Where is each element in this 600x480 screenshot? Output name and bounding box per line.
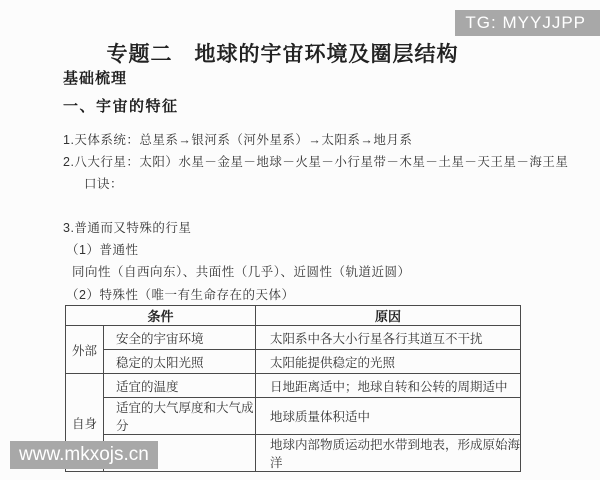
ordinary-subheading: （1）普通性 bbox=[66, 240, 138, 258]
condition-cell: 稳定的太阳光照 bbox=[104, 350, 256, 374]
reason-cell: 太阳系中各大小行星各行其道互不干扰 bbox=[256, 326, 521, 350]
group-label-external: 外部 bbox=[66, 326, 104, 374]
table-header-row: 条件 原因 bbox=[66, 306, 521, 326]
page-title: 专题二 地球的宇宙环境及圈层结构 bbox=[0, 38, 565, 68]
table-row: 外部 安全的宇宙环境 太阳系中各大小行星各行其道互不干扰 bbox=[66, 326, 521, 350]
document-page: TG: MYYJJPP 专题二 地球的宇宙环境及圈层结构 基础梳理 一、宇宙的特… bbox=[0, 0, 600, 480]
special-subheading: （2）特殊性（唯一有生命存在的天体） bbox=[66, 285, 294, 303]
condition-cell: 适宜的大气厚度和大气成分 bbox=[104, 398, 256, 435]
tg-watermark-badge: TG: MYYJJPP bbox=[455, 10, 600, 36]
basics-heading: 基础梳理 bbox=[63, 67, 127, 88]
ordinary-special-heading: 3.普通而又特殊的行星 bbox=[63, 218, 191, 236]
reason-cell: 日地距离适中；地球自转和公转的周期适中 bbox=[256, 374, 521, 398]
mnemonic-line: 口诀： bbox=[84, 174, 123, 192]
table-row: 稳定的太阳光照 太阳能提供稳定的光照 bbox=[66, 350, 521, 374]
reason-header: 原因 bbox=[256, 306, 521, 326]
condition-header: 条件 bbox=[66, 306, 256, 326]
site-watermark-badge: www.mkxojs.cn bbox=[10, 441, 158, 469]
section-1-heading: 一、宇宙的特征 bbox=[63, 95, 179, 116]
reason-cell: 地球内部物质运动把水带到地表，形成原始海洋 bbox=[256, 435, 521, 472]
ordinary-detail-line: 同向性（自西向东）、共面性（几乎）、近圆性（轨道近圆） bbox=[72, 262, 411, 280]
celestial-systems-line: 1.天体系统：总星系→银河系（河外星系）→太阳系→地月系 bbox=[63, 130, 412, 148]
table-row: 适宜的大气厚度和大气成分 地球质量体积适中 bbox=[66, 398, 521, 435]
reason-cell: 太阳能提供稳定的光照 bbox=[256, 350, 521, 374]
condition-cell: 适宜的温度 bbox=[104, 374, 256, 398]
eight-planets-line: 2.八大行星：太阳）水星－金星－地球－火星－小行星带－木星－土星－天王星－海王星 bbox=[63, 152, 568, 170]
condition-cell: 安全的宇宙环境 bbox=[104, 326, 256, 350]
reason-cell: 地球质量体积适中 bbox=[256, 398, 521, 435]
table-row: 自身 适宜的温度 日地距离适中；地球自转和公转的周期适中 bbox=[66, 374, 521, 398]
